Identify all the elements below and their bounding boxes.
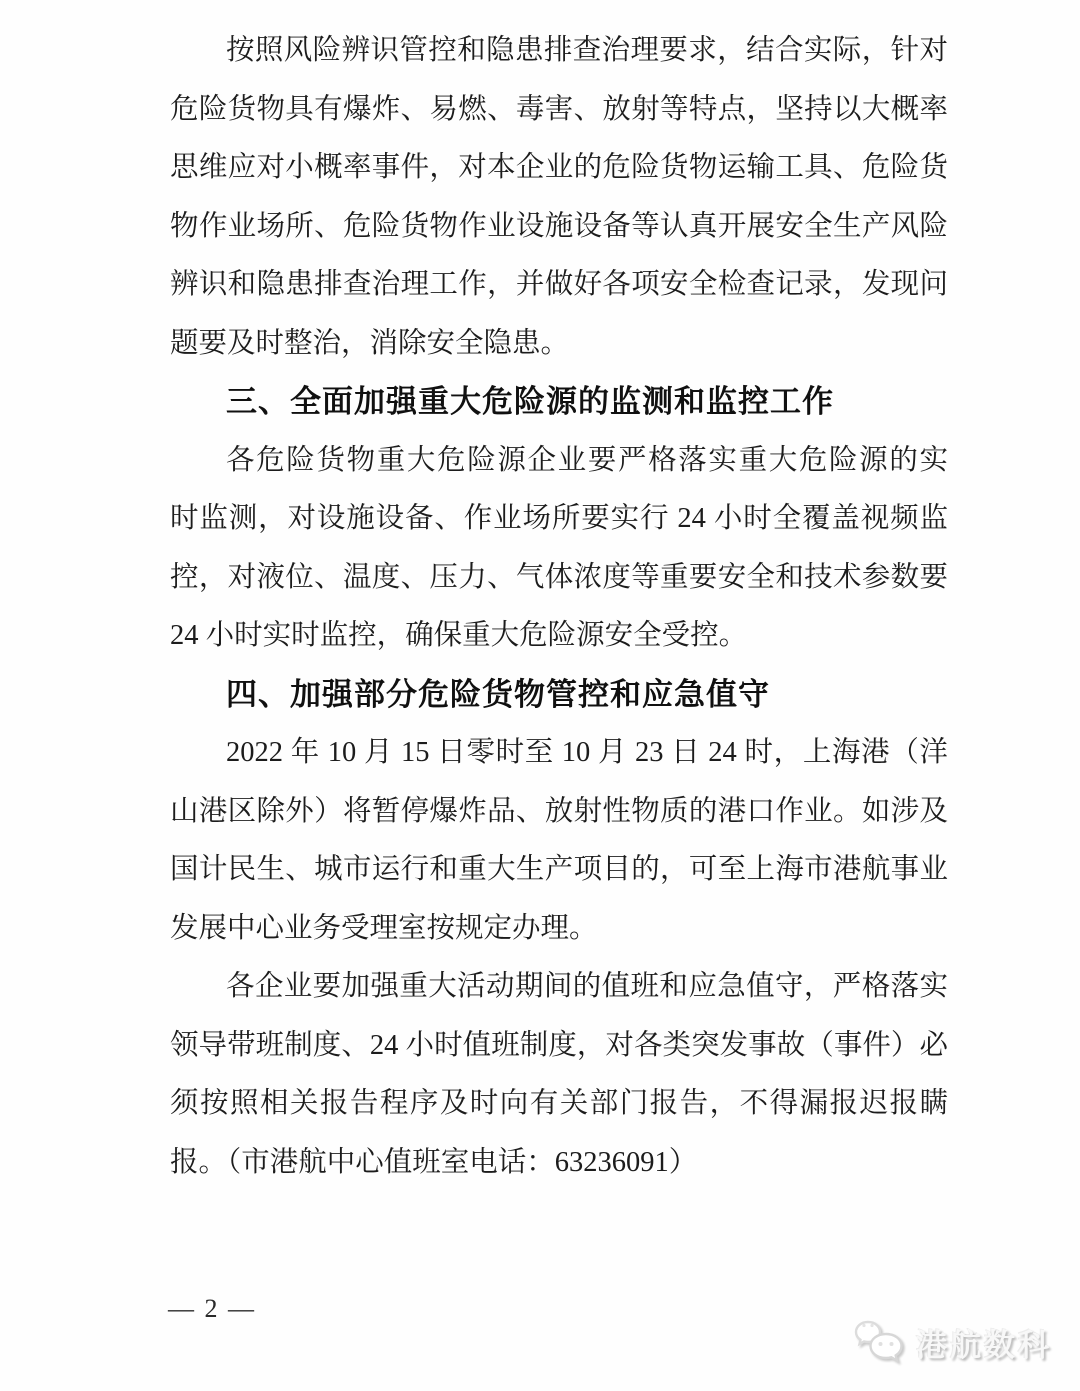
document-line: 辨识和隐患排查治理工作，并做好各项安全检查记录，发现问 [170, 256, 948, 315]
document-body: 按照风险辨识管控和隐患排查治理要求，结合实际，针对危险货物具有爆炸、易燃、毒害、… [170, 22, 948, 1192]
document-line: 2022 年 10 月 15 日零时至 10 月 23 日 24 时，上海港（洋 [170, 724, 948, 783]
document-line: 按照风险辨识管控和隐患排查治理要求，结合实际，针对 [170, 22, 948, 81]
document-line: 须按照相关报告程序及时向有关部门报告，不得漏报迟报瞒 [170, 1075, 948, 1134]
document-line: 题要及时整治，消除安全隐患。 [170, 315, 948, 374]
watermark: 港航数科 [853, 1318, 1052, 1366]
wechat-icon [853, 1318, 907, 1366]
document-line: 控，对液位、温度、压力、气体浓度等重要安全和技术参数要 [170, 549, 948, 608]
section-heading: 四、加强部分危险货物管控和应急值守 [170, 666, 948, 725]
document-line: 国计民生、城市运行和重大生产项目的，可至上海市港航事业 [170, 841, 948, 900]
document-line: 物作业场所、危险货物作业设施设备等认真开展安全生产风险 [170, 198, 948, 257]
document-line: 时监测，对设施设备、作业场所要实行 24 小时全覆盖视频监 [170, 490, 948, 549]
page-number: — 2 — [168, 1294, 256, 1324]
document-line: 各危险货物重大危险源企业要严格落实重大危险源的实 [170, 432, 948, 491]
document-line: 发展中心业务受理室按规定办理。 [170, 900, 948, 959]
document-line: 山港区除外）将暂停爆炸品、放射性物质的港口作业。如涉及 [170, 783, 948, 842]
document-line: 思维应对小概率事件，对本企业的危险货物运输工具、危险货 [170, 139, 948, 198]
document-line: 各企业要加强重大活动期间的值班和应急值守，严格落实 [170, 958, 948, 1017]
section-heading: 三、全面加强重大危险源的监测和监控工作 [170, 373, 948, 432]
watermark-label: 港航数科 [916, 1320, 1052, 1365]
document-line: 领导带班制度、24 小时值班制度，对各类突发事故（事件）必 [170, 1017, 948, 1076]
document-line: 报。（市港航中心值班室电话：63236091） [170, 1134, 948, 1193]
document-line: 危险货物具有爆炸、易燃、毒害、放射等特点，坚持以大概率 [170, 81, 948, 140]
document-line: 24 小时实时监控，确保重大危险源安全受控。 [170, 607, 948, 666]
document-page: 按照风险辨识管控和隐患排查治理要求，结合实际，针对危险货物具有爆炸、易燃、毒害、… [0, 0, 1080, 1391]
